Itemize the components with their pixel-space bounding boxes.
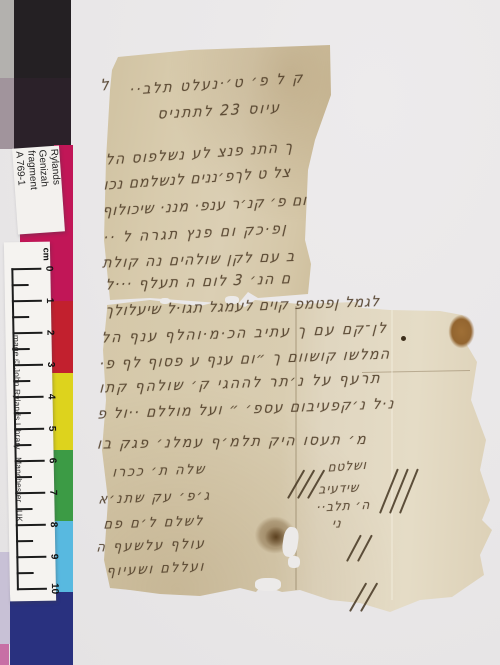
shelfmark-label-text: Rylands Genizah fragment A 769-1 — [13, 146, 65, 233]
corner-stain — [444, 309, 479, 354]
calibration-patch-lavender-edge — [0, 552, 10, 644]
paper-hole-small — [288, 556, 300, 568]
shelfmark-label: Rylands Genizah fragment A 769-1 — [12, 145, 65, 234]
ruler-number: 8 — [47, 517, 59, 533]
ruler-tick-major — [12, 332, 42, 334]
ruler-number: 1 — [43, 293, 55, 309]
ruler-ticks: 012345678910 — [4, 242, 50, 243]
cm-ruler: Image © John Rylands Library . Mancheste… — [4, 242, 56, 602]
ruler-tick-minor — [13, 380, 30, 382]
handwriting-line: ל — [100, 75, 110, 95]
ruler-tick-major — [15, 492, 45, 494]
ruler-tick-minor — [13, 348, 30, 350]
ruler-tick-major — [17, 588, 47, 590]
calibration-patch-black — [14, 0, 71, 78]
ruler-tick-minor — [16, 540, 33, 542]
ruler-tick-minor — [15, 476, 32, 478]
ruler-tick-major — [11, 268, 41, 270]
photograph: Rylands Genizah fragment A 769-1 Image ©… — [0, 0, 500, 665]
ink-dot — [401, 336, 406, 341]
calibration-patch-grey-light — [0, 0, 14, 78]
ruler-number: 6 — [46, 453, 58, 469]
ruler-number: 5 — [45, 421, 57, 437]
calibration-patch-grey-mauve — [0, 78, 14, 149]
handwriting-line: ושלטם — [327, 457, 367, 475]
ruler-tick-major — [12, 300, 42, 302]
ruler-number: 2 — [43, 325, 55, 341]
calibration-patch-navy — [10, 592, 73, 665]
bottom-tear-fleck — [255, 578, 281, 591]
ruler-number: 4 — [44, 389, 56, 405]
ruler-number: 10 — [48, 581, 60, 597]
ruler-number: 7 — [46, 485, 58, 501]
ruler-tick-major — [14, 428, 44, 430]
ruler-number: 9 — [47, 549, 59, 565]
handwriting-line: שידעיב — [318, 480, 360, 497]
handwriting-line: שלה ת׳ ככרו — [112, 462, 207, 481]
ruler-tick-major — [13, 364, 43, 366]
calibration-patch-purple-black — [14, 78, 71, 149]
calibration-patch-pink-corner — [0, 644, 9, 665]
ruler-tick-minor — [14, 444, 31, 446]
ruler-tick-minor — [14, 412, 31, 414]
ruler-number: 3 — [44, 357, 56, 373]
handwriting-line: ני — [331, 516, 342, 531]
ruler-tick-minor — [16, 508, 33, 510]
ruler-tick-major — [16, 556, 46, 558]
handwriting-line: ה׳ תלב·· — [316, 497, 371, 515]
fold-highlight — [391, 310, 393, 600]
ruler-tick-major — [14, 396, 44, 398]
ruler-tick-major — [15, 460, 45, 462]
ruler-tick-minor — [12, 316, 29, 318]
ruler-tick-minor — [17, 572, 34, 574]
ruler-tick-minor — [12, 284, 29, 286]
ruler-tick-major — [16, 524, 46, 526]
ruler-number: 0 — [42, 261, 54, 277]
